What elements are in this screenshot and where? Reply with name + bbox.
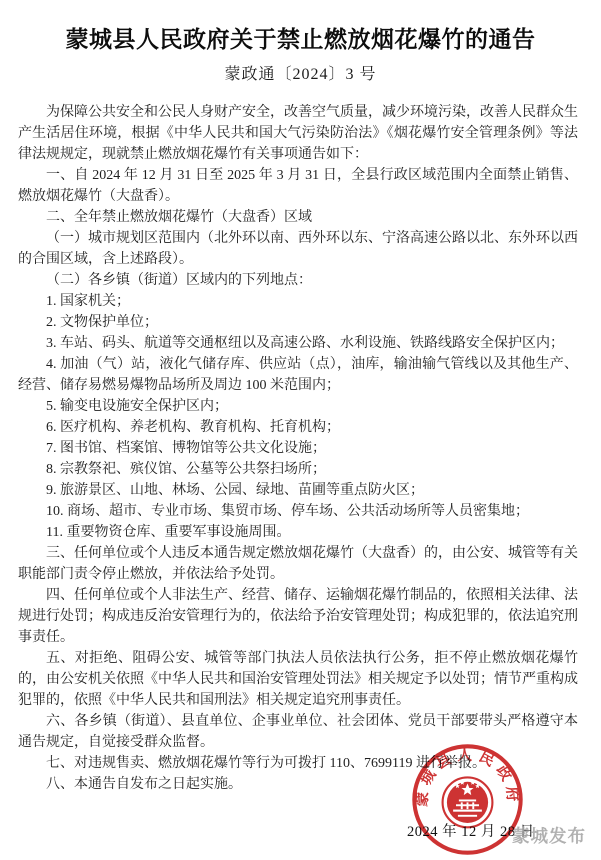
paragraph: 5. 输变电设施安全保护区内；	[18, 396, 578, 417]
doc-number: 蒙政通〔2024〕3 号	[0, 65, 601, 85]
paragraph: 4. 加油（气）站，液化气储存库、供应站（点），油库，输油输气管线以及其他生产、…	[18, 354, 578, 396]
notice-title: 蒙城县人民政府关于禁止燃放烟花爆竹的通告	[0, 0, 601, 54]
paragraph: 六、各乡镇（街道）、县直单位、企事业单位、社会团体、党员干部要带头严格遵守本通告…	[18, 711, 578, 753]
paragraph: 2. 文物保护单位；	[18, 312, 578, 333]
paragraph: 7. 图书馆、档案馆、博物馆等公共文化设施；	[18, 438, 578, 459]
paragraph: （二）各乡镇（街道）区域内的下列地点：	[18, 270, 578, 291]
paragraph: （一）城市规划区范围内（北外环以南、西外环以东、宁洛高速公路以北、东外环以西的合…	[18, 228, 578, 270]
watermark-text: 蒙城发布	[512, 826, 586, 846]
paragraph: 6. 医疗机构、养老机构、教育机构、托育机构；	[18, 417, 578, 438]
paragraph: 五、对拒绝、阻碍公安、城管等部门执法人员依法执行公务，拒不停止燃放烟花爆竹的，由…	[18, 648, 578, 711]
paragraph: 七、对违规售卖、燃放烟花爆竹等行为可拨打 110、7699119 进行举报。	[18, 753, 578, 774]
paragraph: 三、任何单位或个人违反本通告规定燃放烟花爆竹（大盘香）的，由公安、城管等有关职能…	[18, 543, 578, 585]
paragraph: 八、本通告自发布之日起实施。	[18, 774, 578, 795]
paragraph: 9. 旅游景区、山地、林场、公园、绿地、苗圃等重点防火区；	[18, 480, 578, 501]
notice-page: 蒙城县人民政府关于禁止燃放烟花爆竹的通告 蒙政通〔2024〕3 号 为保障公共安…	[0, 0, 601, 860]
paragraph: 一、自 2024 年 12 月 31 日至 2025 年 3 月 31 日，全县…	[18, 165, 578, 207]
paragraph: 11. 重要物资仓库、重要军事设施周围。	[18, 522, 578, 543]
paragraph: 1. 国家机关；	[18, 291, 578, 312]
document-body: 为保障公共安全和公民人身财产安全，改善空气质量，减少环境污染，改善人民群众生产生…	[18, 102, 578, 795]
paragraph: 二、全年禁止燃放烟花爆竹（大盘香）区域	[18, 207, 578, 228]
paragraph: 10. 商场、超市、专业市场、集贸市场、停车场、公共活动场所等人员密集地；	[18, 501, 578, 522]
paragraph: 为保障公共安全和公民人身财产安全，改善空气质量，减少环境污染，改善人民群众生产生…	[18, 102, 578, 165]
paragraph: 3. 车站、码头、航道等交通枢纽以及高速公路、水利设施、铁路线路安全保护区内；	[18, 333, 578, 354]
paragraph: 8. 宗教祭祀、殡仪馆、公墓等公共祭扫场所；	[18, 459, 578, 480]
paragraph: 四、任何单位或个人非法生产、经营、储存、运输烟花爆竹制品的，依照相关法律、法规进…	[18, 585, 578, 648]
